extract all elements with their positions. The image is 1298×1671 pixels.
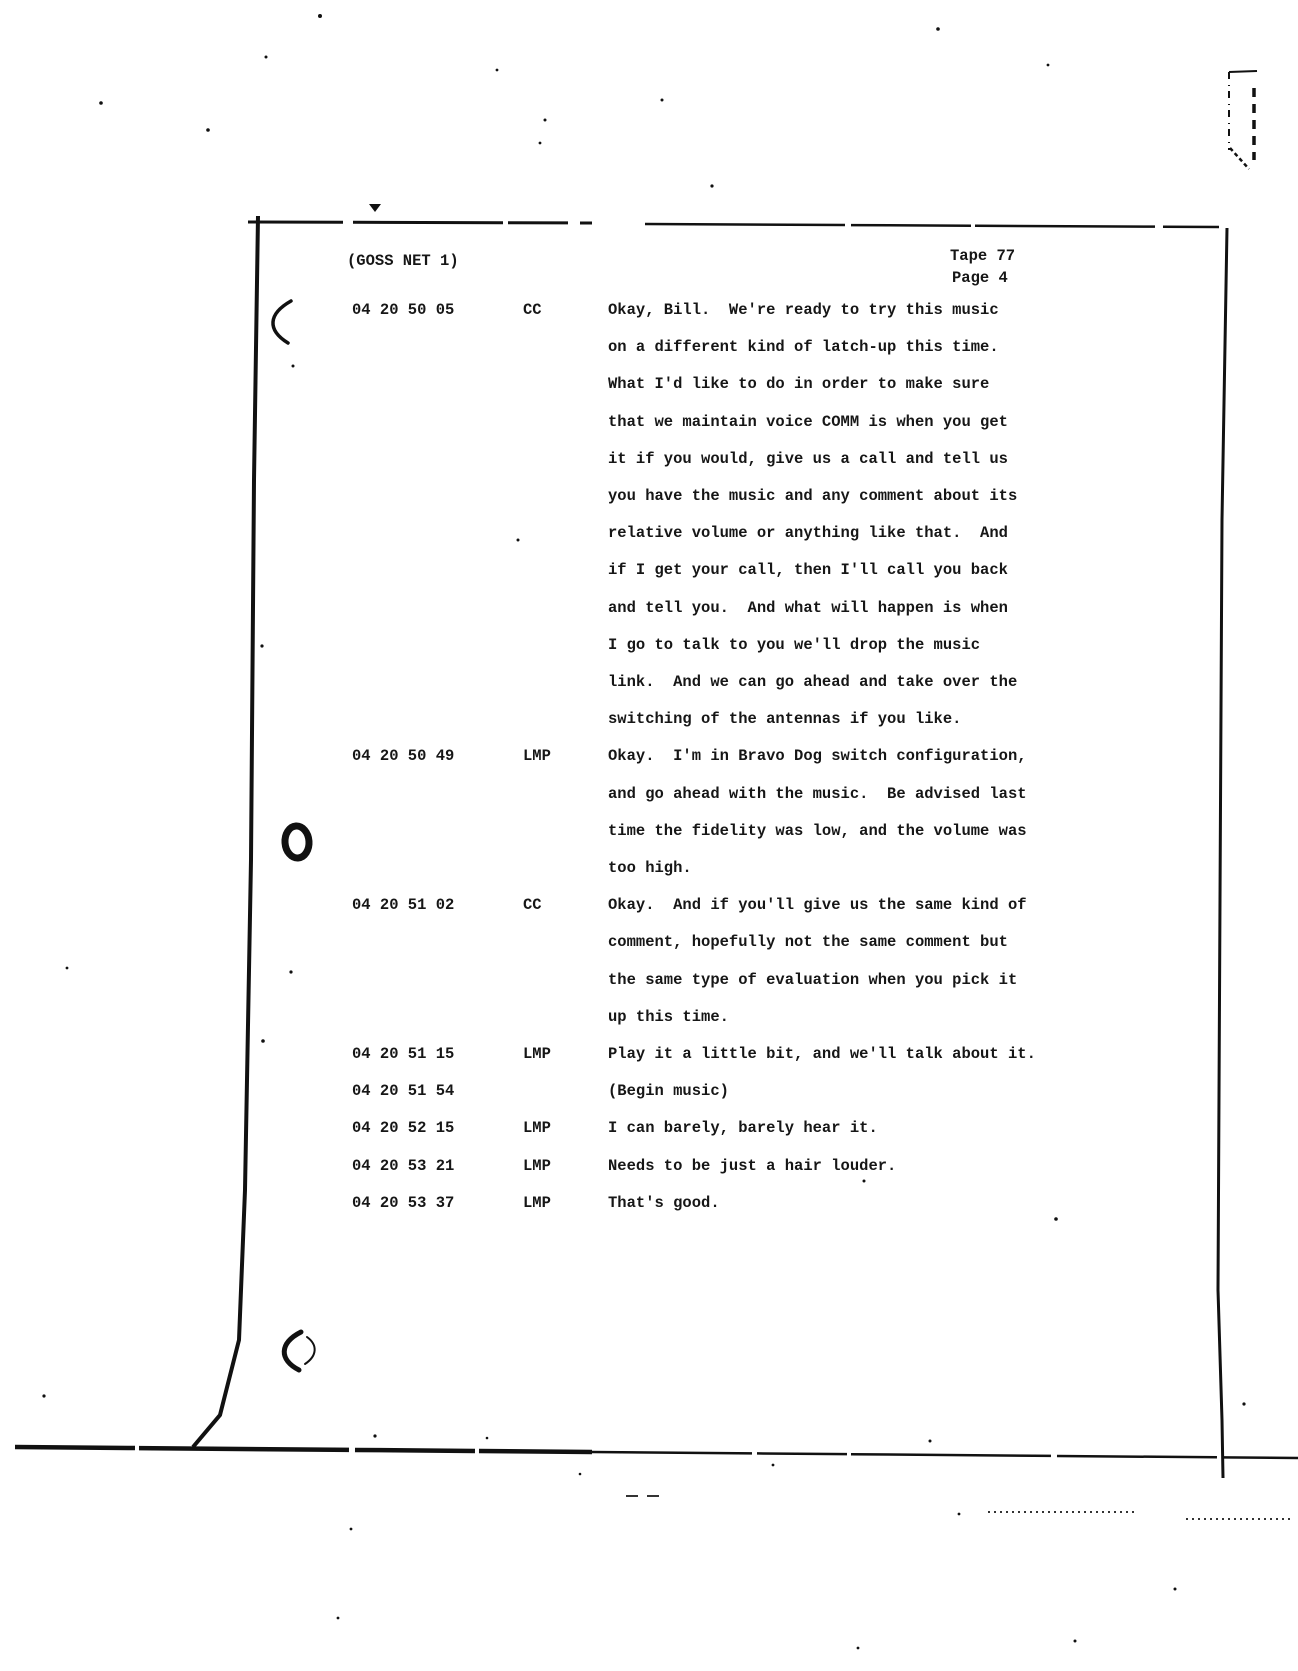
transcript-row: relative volume or anything like that. A… — [0, 526, 1298, 563]
dialogue-line: That's good. — [608, 1196, 720, 1212]
transcript-row: too high. — [0, 861, 1298, 898]
transcript-row: What I'd like to do in order to make sur… — [0, 377, 1298, 414]
top-rule-right — [645, 224, 1219, 227]
transcript-row: it if you would, give us a call and tell… — [0, 452, 1298, 489]
transcript-row: link. And we can go ahead and take over … — [0, 675, 1298, 712]
timestamp: 04 20 51 02 — [352, 898, 454, 914]
timestamp: 04 20 50 49 — [352, 749, 454, 765]
transcript-row: and tell you. And what will happen is wh… — [0, 601, 1298, 638]
dialogue-line: link. And we can go ahead and take over … — [608, 675, 1017, 691]
bottom-rule-right — [592, 1452, 1298, 1458]
dialogue-line: and tell you. And what will happen is wh… — [608, 601, 1008, 617]
dialogue-line: (Begin music) — [608, 1084, 729, 1100]
dialogue-line: I can barely, barely hear it. — [608, 1121, 878, 1137]
transcript-row: and go ahead with the music. Be advised … — [0, 787, 1298, 824]
dialogue-line: Okay. I'm in Bravo Dog switch configurat… — [608, 749, 1027, 765]
transcript-row: I go to talk to you we'll drop the music — [0, 638, 1298, 675]
timestamp: 04 20 53 21 — [352, 1159, 454, 1175]
timestamp: 04 20 51 54 — [352, 1084, 454, 1100]
transcript-row: on a different kind of latch-up this tim… — [0, 340, 1298, 377]
net-label: (GOSS NET 1) — [347, 254, 459, 270]
dialogue-line: switching of the antennas if you like. — [608, 712, 961, 728]
dialogue-line: time the fidelity was low, and the volum… — [608, 824, 1027, 840]
dialogue-line: it if you would, give us a call and tell… — [608, 452, 1008, 468]
dialogue-line: Okay, Bill. We're ready to try this musi… — [608, 303, 999, 319]
transcript-row: you have the music and any comment about… — [0, 489, 1298, 526]
scanned-transcript-page: (GOSS NET 1) Tape 77 Page 4 04 20 50 05C… — [0, 0, 1298, 1671]
transcript-row: 04 20 52 15LMPI can barely, barely hear … — [0, 1121, 1298, 1158]
handwritten-circle-mark — [284, 1332, 314, 1370]
speaker-label: LMP — [523, 749, 551, 765]
dialogue-line: and go ahead with the music. Be advised … — [608, 787, 1027, 803]
transcript-row: 04 20 51 54(Begin music) — [0, 1084, 1298, 1121]
speaker-label: LMP — [523, 1121, 551, 1137]
top-rule-left — [248, 222, 592, 223]
transcript-row: 04 20 51 02CCOkay. And if you'll give us… — [0, 898, 1298, 935]
timestamp: 04 20 52 15 — [352, 1121, 454, 1137]
timestamp: 04 20 51 15 — [352, 1047, 454, 1063]
arrow-mark — [369, 204, 381, 212]
dialogue-line: Needs to be just a hair louder. — [608, 1159, 896, 1175]
dialogue-line: that we maintain voice COMM is when you … — [608, 415, 1008, 431]
dialogue-line: What I'd like to do in order to make sur… — [608, 377, 989, 393]
transcript-row: the same type of evaluation when you pic… — [0, 973, 1298, 1010]
dialogue-line: relative volume or anything like that. A… — [608, 526, 1008, 542]
dialogue-line: the same type of evaluation when you pic… — [608, 973, 1017, 989]
page-number-label: Page 4 — [952, 271, 1008, 287]
dialogue-line: if I get your call, then I'll call you b… — [608, 563, 1008, 579]
transcript-row: 04 20 53 21LMPNeeds to be just a hair lo… — [0, 1159, 1298, 1196]
transcript-row: switching of the antennas if you like. — [0, 712, 1298, 749]
timestamp: 04 20 50 05 — [352, 303, 454, 319]
dialogue-line: Okay. And if you'll give us the same kin… — [608, 898, 1027, 914]
speaker-label: CC — [523, 303, 542, 319]
transcript-row: comment, hopefully not the same comment … — [0, 935, 1298, 972]
transcript-row: that we maintain voice COMM is when you … — [0, 415, 1298, 452]
speaker-label: LMP — [523, 1196, 551, 1212]
dialogue-line: comment, hopefully not the same comment … — [608, 935, 1008, 951]
transcript-row: if I get your call, then I'll call you b… — [0, 563, 1298, 600]
dialogue-line: on a different kind of latch-up this tim… — [608, 340, 999, 356]
dialogue-line: up this time. — [608, 1010, 729, 1026]
transcript-row: 04 20 50 05CCOkay, Bill. We're ready to … — [0, 303, 1298, 340]
transcript-row: 04 20 53 37LMPThat's good. — [0, 1196, 1298, 1233]
speaker-label: LMP — [523, 1047, 551, 1063]
speaker-label: LMP — [523, 1159, 551, 1175]
tape-label: Tape 77 — [950, 249, 1015, 265]
dialogue-line: I go to talk to you we'll drop the music — [608, 638, 980, 654]
corner-bracket-mark — [1229, 71, 1257, 169]
transcript-row: 04 20 51 15LMPPlay it a little bit, and … — [0, 1047, 1298, 1084]
dialogue-line: too high. — [608, 861, 692, 877]
speaker-label: CC — [523, 898, 542, 914]
dialogue-line: Play it a little bit, and we'll talk abo… — [608, 1047, 1036, 1063]
transcript-row: up this time. — [0, 1010, 1298, 1047]
transcript-row: 04 20 50 49LMPOkay. I'm in Bravo Dog swi… — [0, 749, 1298, 786]
timestamp: 04 20 53 37 — [352, 1196, 454, 1212]
bottom-rule-left — [15, 1447, 592, 1452]
dialogue-line: you have the music and any comment about… — [608, 489, 1017, 505]
transcript-row: time the fidelity was low, and the volum… — [0, 824, 1298, 861]
